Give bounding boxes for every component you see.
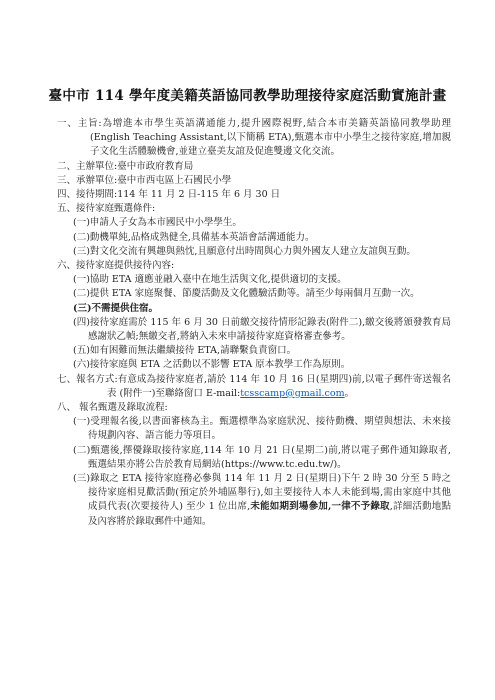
hosting-item-5: (五)如有困難而無法繼續接待 ETA,請聯繫負責窗口。: [73, 344, 451, 358]
section-organizer: 二、主辦單位:臺中市政府教育局: [57, 160, 451, 174]
section-application: 七、報名方式:有意成為接待家庭者,請於 114 年 10 月 16 日(星期四)…: [57, 373, 451, 401]
orientation-warning-bold: 未能如期到場參加,一律不予錄取: [250, 501, 390, 512]
document-page: 臺中市 114 學年度美籍英語協同教學助理接待家庭活動實施計畫 一、主旨:為增進…: [0, 0, 495, 700]
email-link[interactable]: tcsscamp@gmail.com: [240, 388, 344, 399]
section-co-organizer: 三、承辦單位:臺中市西屯區上石國民小學: [57, 174, 451, 188]
criteria-item-1: (一)申請人子女為本市國民中小學學生。: [73, 216, 451, 230]
section-criteria-heading: 五、接待家庭甄選條件:: [57, 202, 451, 216]
application-text-end: 。: [345, 388, 355, 399]
criteria-item-2: (二)動機單純,品格成熟健全,具備基本英語會話溝通能力。: [73, 231, 451, 245]
hosting-item-1: (一)協助 ETA 適應並融入臺中在地生活與文化,提供適切的支援。: [73, 273, 451, 287]
section-hosting-period: 四、接待期間:114 年 11 月 2 日-115 年 6 月 30 日: [57, 188, 451, 202]
hosting-item-3-no-lodging: (三)不需提供住宿。: [73, 302, 451, 316]
hosting-item-2: (二)提供 ETA 家庭聚餐、節慶活動及文化體驗活動等。請至少每兩個月互動一次。: [73, 287, 451, 301]
criteria-item-3: (三)對文化交流有興趣與熱忱,且願意付出時間與心力與外國友人建立友誼與互動。: [73, 245, 451, 259]
section-selection-process-heading: 八、 報名甄選及錄取流程:: [57, 401, 451, 415]
hosting-item-4: (四)接待家庭需於 115 年 6 月 30 日前繳交接待情形記錄表(附件二),…: [73, 316, 451, 344]
selection-item-1: (一)受理報名後,以書面審核為主。甄選標準為家庭狀況、接待動機、期望與想法、未來…: [73, 415, 451, 443]
document-body: 一、主旨:為增進本市學生英語溝通能力,提升國際視野,結合本市美籍英語協同教學助理…: [0, 117, 495, 529]
page-title: 臺中市 114 學年度美籍英語協同教學助理接待家庭活動實施計畫: [30, 87, 465, 105]
section-hosting-content-heading: 六、接待家庭提供接待內容:: [57, 259, 451, 273]
section-purpose: 一、主旨:為增進本市學生英語溝通能力,提升國際視野,結合本市美籍英語協同教學助理…: [57, 117, 451, 160]
selection-item-2: (二)甄選後,擇優錄取接待家庭,114 年 10 月 21 日(星期二)前,將以…: [73, 444, 451, 472]
selection-item-3-orientation: (三)錄取之 ETA 接待家庭務必參與 114 年 11 月 2 日(星期日)下…: [73, 472, 451, 529]
hosting-item-6: (六)接待家庭與 ETA 之活動以不影響 ETA 原本教學工作為原則。: [73, 358, 451, 372]
